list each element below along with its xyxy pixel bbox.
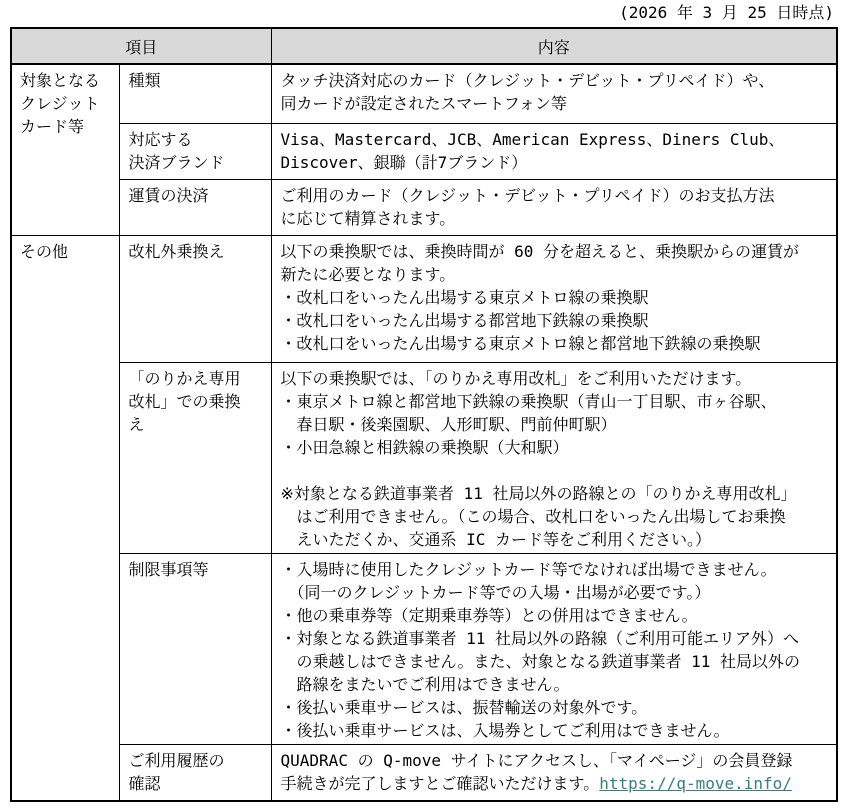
table-row: 対応する 決済ブランド Visa、Mastercard、JCB、American… <box>11 124 837 180</box>
header-item: 項目 <box>11 28 271 64</box>
item-cell-outside-gate-transfer: 改札外乗換え <box>119 236 271 363</box>
item-cell-transfer-only-gate: 「のりかえ専用 改札」での乗換 え <box>119 363 271 554</box>
fare-service-table: 項目 内容 対象となる クレジット カード等 種類 タッチ決済対応のカード（クレ… <box>10 27 838 802</box>
header-content: 内容 <box>271 28 837 64</box>
group-cell-target-credit-cards: 対象となる クレジット カード等 <box>11 64 119 236</box>
content-cell-transfer-only-gate: 以下の乗換駅では、「のりかえ専用改札」をご利用いただけます。 ・東京メトロ線と都… <box>271 363 837 554</box>
content-cell-fare-settlement: ご利用のカード（クレジット・デビット・プリペイド）のお支払方法 に応じて精算され… <box>271 180 837 236</box>
table-row: その他 改札外乗換え 以下の乗換駅では、乗換時間が 60 分を超えると、乗換駅か… <box>11 236 837 363</box>
content-cell-outside-gate-transfer: 以下の乗換駅では、乗換時間が 60 分を超えると、乗換駅からの運賃が 新たに必要… <box>271 236 837 363</box>
group-cell-others: その他 <box>11 236 119 802</box>
table-row: ご利用履歴の 確認 QUADRAC の Q-move サイトにアクセスし、「マイ… <box>11 745 837 802</box>
item-cell-card-types: 種類 <box>119 64 271 124</box>
table-row: 運賃の決済 ご利用のカード（クレジット・デビット・プリペイド）のお支払方法 に応… <box>11 180 837 236</box>
content-cell-card-types: タッチ決済対応のカード（クレジット・デビット・プリペイド）や、 同カードが設定さ… <box>271 64 837 124</box>
table-row: 対象となる クレジット カード等 種類 タッチ決済対応のカード（クレジット・デビ… <box>11 64 837 124</box>
table-row: 制限事項等 ・入場時に使用したクレジットカード等でなければ出場できません。 （同… <box>11 554 837 745</box>
date-note: (2026 年 3 月 25 日時点) <box>0 0 846 27</box>
item-cell-usage-history: ご利用履歴の 確認 <box>119 745 271 802</box>
content-cell-usage-history: QUADRAC の Q-move サイトにアクセスし、「マイページ」の会員登録 … <box>271 745 837 802</box>
item-cell-payment-brands: 対応する 決済ブランド <box>119 124 271 180</box>
q-move-link[interactable]: https://q-move.info/ <box>599 774 792 793</box>
content-cell-payment-brands: Visa、Mastercard、JCB、American Express、Din… <box>271 124 837 180</box>
item-cell-restrictions: 制限事項等 <box>119 554 271 745</box>
item-cell-fare-settlement: 運賃の決済 <box>119 180 271 236</box>
page: (2026 年 3 月 25 日時点) 項目 内容 対象となる クレジット カー… <box>0 0 846 810</box>
content-cell-restrictions: ・入場時に使用したクレジットカード等でなければ出場できません。 （同一のクレジッ… <box>271 554 837 745</box>
header-row: 項目 内容 <box>11 28 837 64</box>
table-row: 「のりかえ専用 改札」での乗換 え 以下の乗換駅では、「のりかえ専用改札」をご利… <box>11 363 837 554</box>
